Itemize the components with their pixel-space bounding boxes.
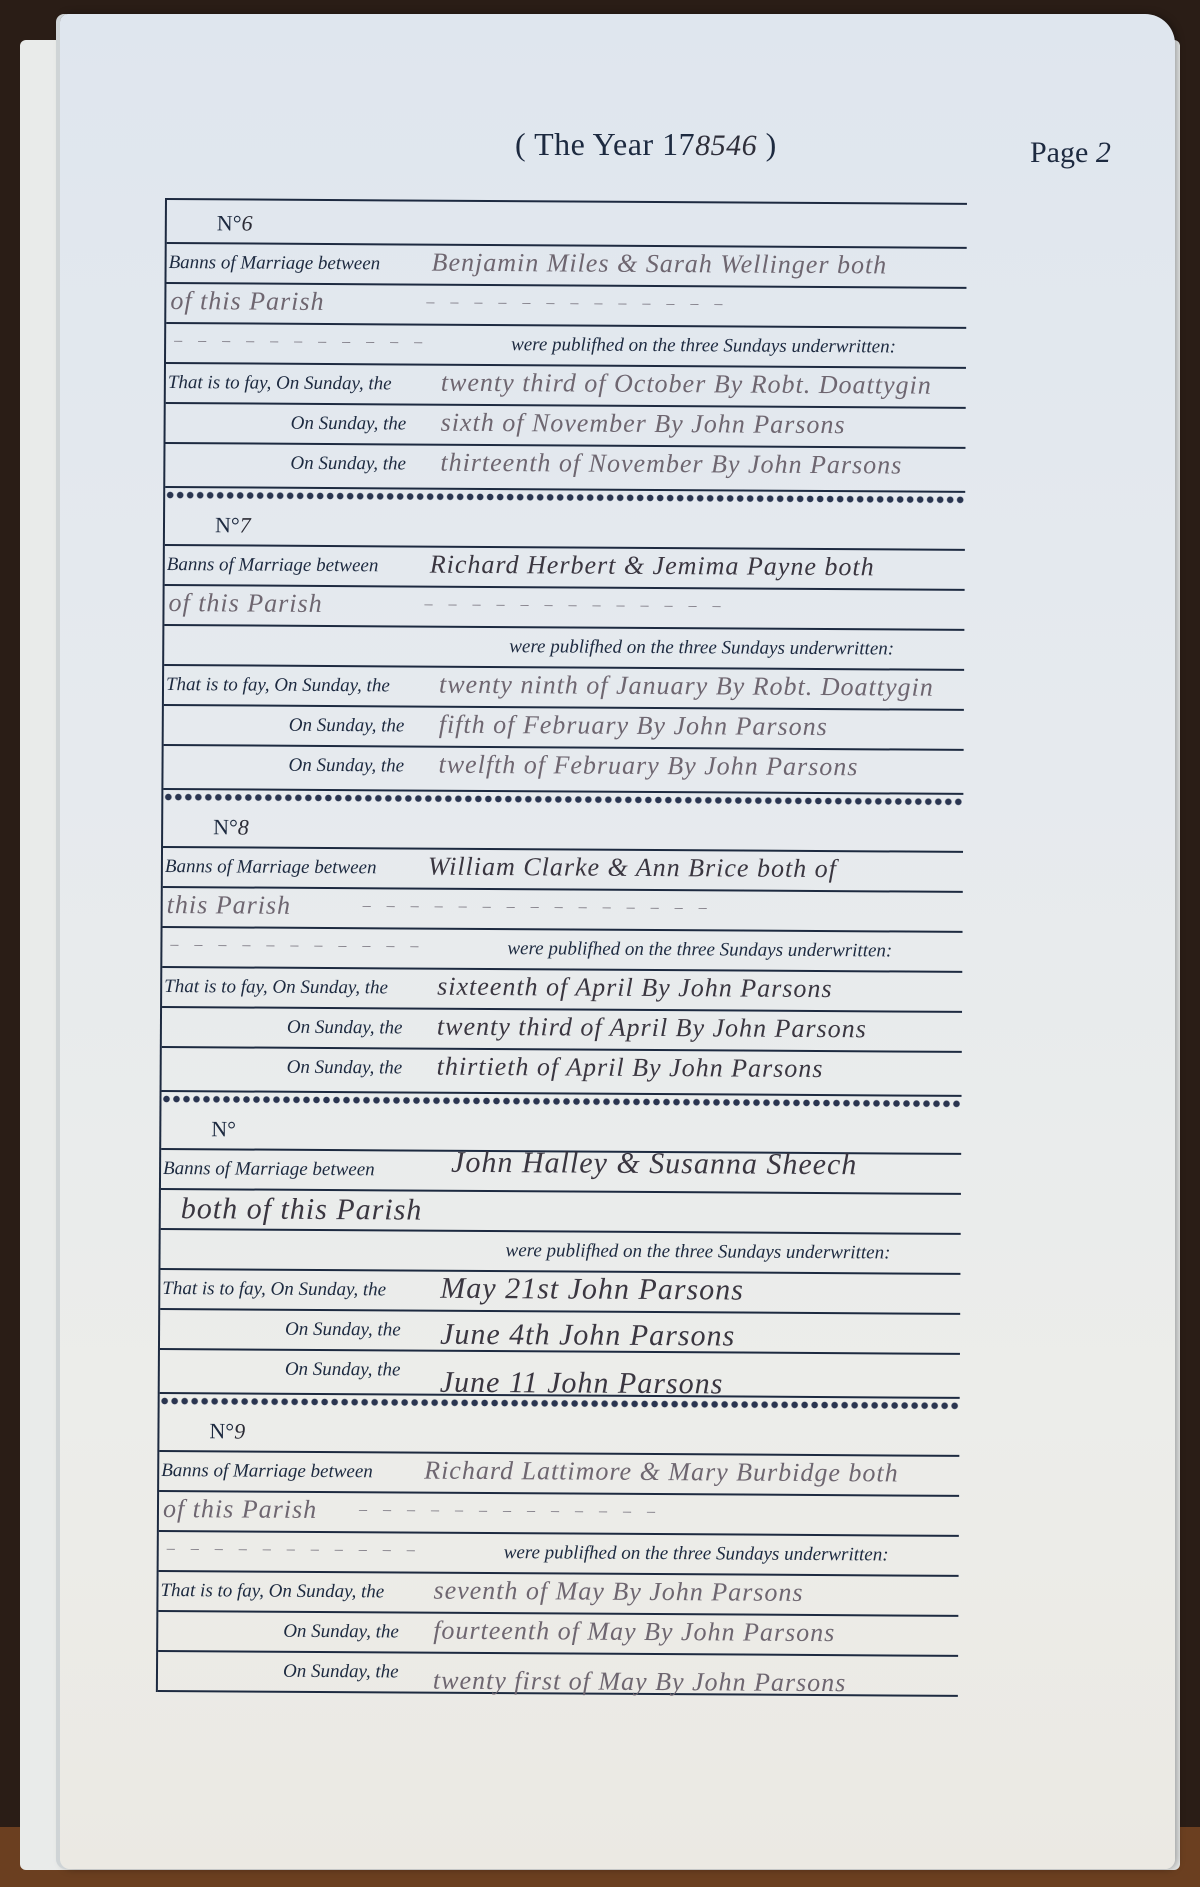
sunday-row-1: That is to fay, On Sunday, the twenty th… [166,362,966,407]
sunday-row-1: That is to fay, On Sunday, the sixteenth… [162,966,962,1011]
published-label: were publifhed on the three Sundays unde… [507,938,892,962]
sunday-date-1: May 21st John Parsons [440,1272,744,1308]
sunday-row-2: On Sunday, the sixth of November By John… [166,402,966,447]
filler-dashes: – – – – – – – – – – – – – [426,294,728,314]
couple-names: Benjamin Miles & Sarah Wellinger both [432,248,888,281]
year-label: ( The Year 17 [515,126,695,162]
sunday-label: On Sunday, the [290,453,406,476]
parish-row: of this Parish – – – – – – – – – – – – – [166,282,966,327]
parish-text: of this Parish [163,1494,317,1525]
sunday-row-3: On Sunday, the twenty first of May By Jo… [158,1650,958,1697]
banns-names-row: Banns of Marriage between Richard Lattim… [159,1450,959,1495]
parish-text: both of this Parish [181,1192,423,1227]
sunday-label: On Sunday, the [289,715,405,738]
entry-number: N°9 [209,1418,245,1444]
published-label: were publifhed on the three Sundays unde… [509,636,894,660]
published-row: were publifhed on the three Sundays unde… [160,1228,960,1273]
first-sunday-label: That is to fay, On Sunday, the [162,1278,386,1301]
published-label: were publifhed on the three Sundays unde… [506,1240,891,1264]
first-sunday-label: That is to fay, On Sunday, the [164,976,388,999]
sunday-date-2: fifth of February By John Parsons [439,710,828,742]
parish-row: both of this Parish [161,1188,961,1233]
parish-row: of this Parish – – – – – – – – – – – – – [159,1490,959,1535]
published-row: were publifhed on the three Sundays unde… [164,624,964,669]
entry-number: N°8 [213,814,249,840]
page-number: Page 2 [1030,136,1111,170]
banns-entry: N°8 Banns of Marriage between William Cl… [161,804,963,1111]
year-handwritten: 8546 [695,129,757,162]
sunday-label: On Sunday, the [291,413,407,436]
banns-entry: N°9 Banns of Marriage between Richard La… [158,1408,960,1697]
sunday-row-2: On Sunday, the fourteenth of May By John… [158,1610,958,1655]
entry-number-row: N°8 [163,804,963,851]
filler-dashes: – – – – – – – – – – – [167,1540,421,1560]
page-header: ( The Year 178546 ) Page 2 [60,126,1175,176]
published-label: were publifhed on the three Sundays unde… [511,334,896,358]
sunday-label: On Sunday, the [283,1661,399,1684]
parish-row: this Parish – – – – – – – – – – – – – – … [163,886,963,931]
entry-number: N° [211,1116,236,1142]
banns-label: Banns of Marriage between [165,856,377,879]
sunday-date-2: twenty third of April By John Parsons [437,1012,867,1045]
entry-number: N°6 [217,210,253,236]
sunday-row-3: On Sunday, the thirteenth of November By… [165,442,965,487]
parish-text: of this Parish [168,588,322,619]
sunday-date-1: sixteenth of April By John Parsons [437,972,832,1004]
couple-names: John Halley & Susanna Sheech [451,1146,857,1182]
banns-names-row: Banns of Marriage between John Halley & … [161,1148,961,1193]
published-row: – – – – – – – – – – – were publifhed on … [159,1530,959,1575]
banns-label: Banns of Marriage between [169,252,381,275]
sunday-date-3: thirtieth of April By John Parsons [437,1052,824,1084]
filler-dashes: – – – – – – – – – – – – – [424,596,726,616]
sunday-date-2: June 4th John Parsons [440,1318,735,1354]
page-number-value: 2 [1096,136,1111,169]
sunday-row-2: On Sunday, the twenty third of April By … [162,1006,962,1051]
banns-names-row: Banns of Marriage between William Clarke… [163,846,963,891]
couple-names: Richard Herbert & Jemima Payne both [430,550,875,583]
parish-row: of this Parish – – – – – – – – – – – – – [164,584,964,629]
sunday-date-2: sixth of November By John Parsons [441,408,846,440]
published-label: were publifhed on the three Sundays unde… [504,1542,889,1566]
sunday-date-3: June 11 John Parsons [440,1366,724,1402]
banns-label: Banns of Marriage between [167,554,379,577]
sunday-date-2: fourteenth of May By John Parsons [433,1616,835,1648]
sunday-row-3: On Sunday, the June 11 John Parsons [160,1348,960,1393]
entry-number-row: N°7 [165,502,965,549]
sunday-label: On Sunday, the [288,755,404,778]
filler-dashes: – – – – – – – – – – – – – [359,1501,661,1521]
sunday-row-2: On Sunday, the June 4th John Parsons [160,1308,960,1353]
banns-names-row: Banns of Marriage between Richard Herber… [165,544,965,589]
banns-register-table: N°6 Banns of Marriage between Benjamin M… [156,198,967,1697]
entry-number: N°7 [215,512,251,538]
first-sunday-label: That is to fay, On Sunday, the [166,674,390,697]
filler-dashes: – – – – – – – – – – – [174,332,428,352]
sunday-label: On Sunday, the [285,1319,401,1342]
first-sunday-label: That is to fay, On Sunday, the [168,372,392,395]
year-close: ) [757,126,777,162]
sunday-label: On Sunday, the [287,1057,403,1080]
sunday-row-1: That is to fay, On Sunday, the May 21st … [160,1268,960,1313]
first-sunday-label: That is to fay, On Sunday, the [160,1580,384,1603]
sunday-date-1: seventh of May By John Parsons [433,1576,803,1608]
couple-names: Richard Lattimore & Mary Burbidge both [424,1456,899,1489]
year-title: ( The Year 178546 ) [515,126,777,163]
sunday-row-1: That is to fay, On Sunday, the seventh o… [158,1570,958,1615]
sunday-row-3: On Sunday, the twelfth of February By Jo… [163,744,963,789]
banns-label: Banns of Marriage between [161,1460,373,1483]
sunday-row-3: On Sunday, the thirtieth of April By Joh… [162,1046,962,1091]
banns-label: Banns of Marriage between [163,1158,375,1181]
parish-text: this Parish [167,890,292,921]
filler-dashes: – – – – – – – – – – – [170,936,424,956]
sunday-date-3: twelfth of February By John Parsons [438,750,858,783]
entry-number-row: N°6 [167,198,967,247]
page-label: Page [1030,136,1088,169]
banns-names-row: Banns of Marriage between Benjamin Miles… [166,242,966,287]
sunday-row-1: That is to fay, On Sunday, the twenty ni… [164,664,964,709]
sunday-date-1: twenty ninth of January By Robt. Doattyg… [439,670,934,703]
parish-text: of this Parish [170,286,324,317]
sunday-date-3: thirteenth of November By John Parsons [440,448,902,481]
sunday-label: On Sunday, the [283,1621,399,1644]
entry-number-row: N°9 [159,1408,959,1455]
filler-dashes: – – – – – – – – – – – – – – – [363,897,713,917]
couple-names: William Clarke & Ann Brice both of [428,852,837,884]
published-row: – – – – – – – – – – – were publifhed on … [166,322,966,367]
banns-entry: N°6 Banns of Marriage between Benjamin M… [165,198,967,507]
banns-entry: N°7 Banns of Marriage between Richard He… [163,502,965,809]
banns-entry: N° Banns of Marriage between John Halley… [160,1106,962,1413]
sunday-label: On Sunday, the [287,1017,403,1040]
published-row: – – – – – – – – – – – were publifhed on … [162,926,962,971]
sunday-row-2: On Sunday, the fifth of February By John… [164,704,964,749]
sunday-date-1: twenty third of October By Robt. Doattyg… [441,368,932,401]
sunday-date-3: twenty first of May By John Parsons [433,1666,847,1699]
sunday-label: On Sunday, the [285,1359,401,1382]
